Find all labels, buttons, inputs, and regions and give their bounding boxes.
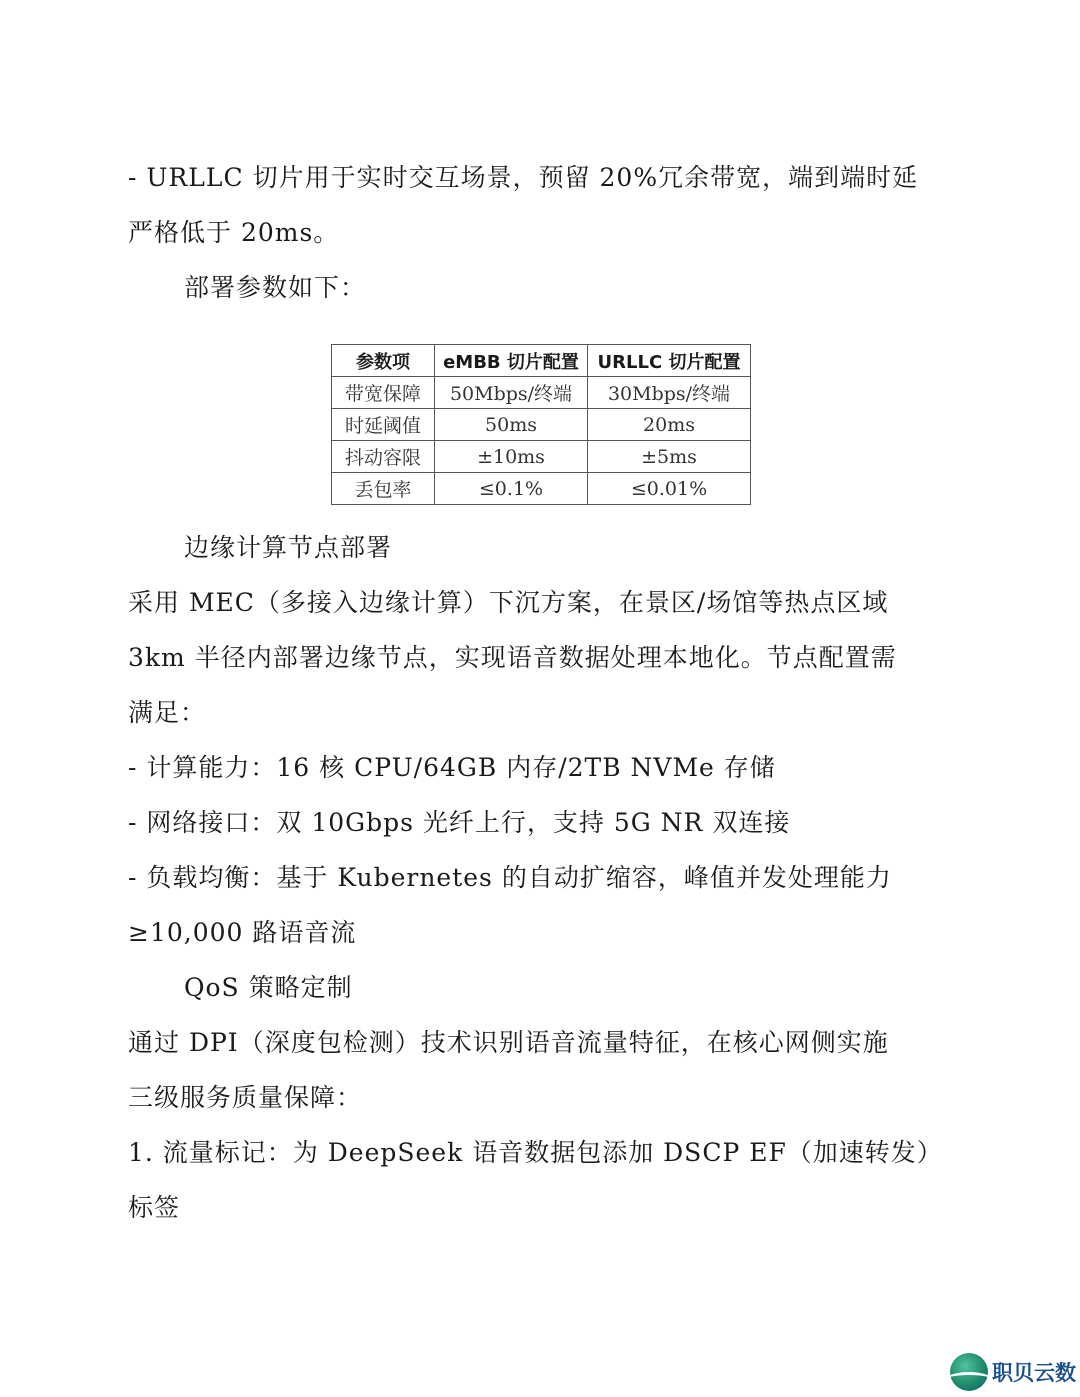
table-cell: 20ms [588,409,751,441]
column-header: URLLC 切片配置 [588,345,751,377]
paragraph-line: 满足： [128,697,206,729]
list-item: 1. 流量标记：为 DeepSeek 语音数据包添加 DSCP EF（加速转发） [128,1137,943,1169]
watermark-text: 职贝云数 [992,1357,1076,1387]
table-row: 带宽保障 50Mbps/终端 30Mbps/终端 [332,377,751,409]
table-cell: 50ms [435,409,588,441]
bullet-item: - 负载均衡：基于 Kubernetes 的自动扩缩容，峰值并发处理能力 [128,862,892,894]
table-cell: 50Mbps/终端 [435,377,588,409]
column-header: 参数项 [332,345,435,377]
table-cell: ≤0.01% [588,473,751,505]
table-cell: ±5ms [588,441,751,473]
bullet-item: ≥10,000 路语音流 [128,917,356,949]
paragraph-line: 标签 [128,1192,180,1224]
bullet-item: - 计算能力：16 核 CPU/64GB 内存/2TB NVMe 存储 [128,752,776,784]
table-intro: 部署参数如下： [184,272,366,304]
table-row: 丢包率 ≤0.1% ≤0.01% [332,473,751,505]
paragraph-line: 三级服务质量保障： [128,1082,362,1114]
table-row: 抖动容限 ±10ms ±5ms [332,441,751,473]
table-cell: 时延阈值 [332,409,435,441]
wave-logo-icon [950,1353,988,1391]
table-cell: 抖动容限 [332,441,435,473]
paragraph-line: 严格低于 20ms。 [128,217,339,249]
paragraph-line: 通过 DPI（深度包检测）技术识别语音流量特征，在核心网侧实施 [128,1027,889,1059]
paragraph-line: 3km 半径内部署边缘节点，实现语音数据处理本地化。节点配置需 [128,642,897,674]
table-cell: ±10ms [435,441,588,473]
table-cell: 丢包率 [332,473,435,505]
section-heading-edge: 边缘计算节点部署 [184,532,392,564]
paragraph-line: - URLLC 切片用于实时交互场景，预留 20%冗余带宽，端到端时延 [128,162,918,194]
watermark-logo: 职贝云数 [950,1353,1076,1391]
deployment-params-table: 参数项 eMBB 切片配置 URLLC 切片配置 带宽保障 50Mbps/终端 … [331,344,751,505]
table-cell: 30Mbps/终端 [588,377,751,409]
section-heading-qos: QoS 策略定制 [184,972,353,1004]
bullet-item: - 网络接口：双 10Gbps 光纤上行，支持 5G NR 双连接 [128,807,790,839]
table-cell: ≤0.1% [435,473,588,505]
paragraph-line: 采用 MEC（多接入边缘计算）下沉方案，在景区/场馆等热点区域 [128,587,888,619]
table-cell: 带宽保障 [332,377,435,409]
table-header-row: 参数项 eMBB 切片配置 URLLC 切片配置 [332,345,751,377]
column-header: eMBB 切片配置 [435,345,588,377]
table-row: 时延阈值 50ms 20ms [332,409,751,441]
